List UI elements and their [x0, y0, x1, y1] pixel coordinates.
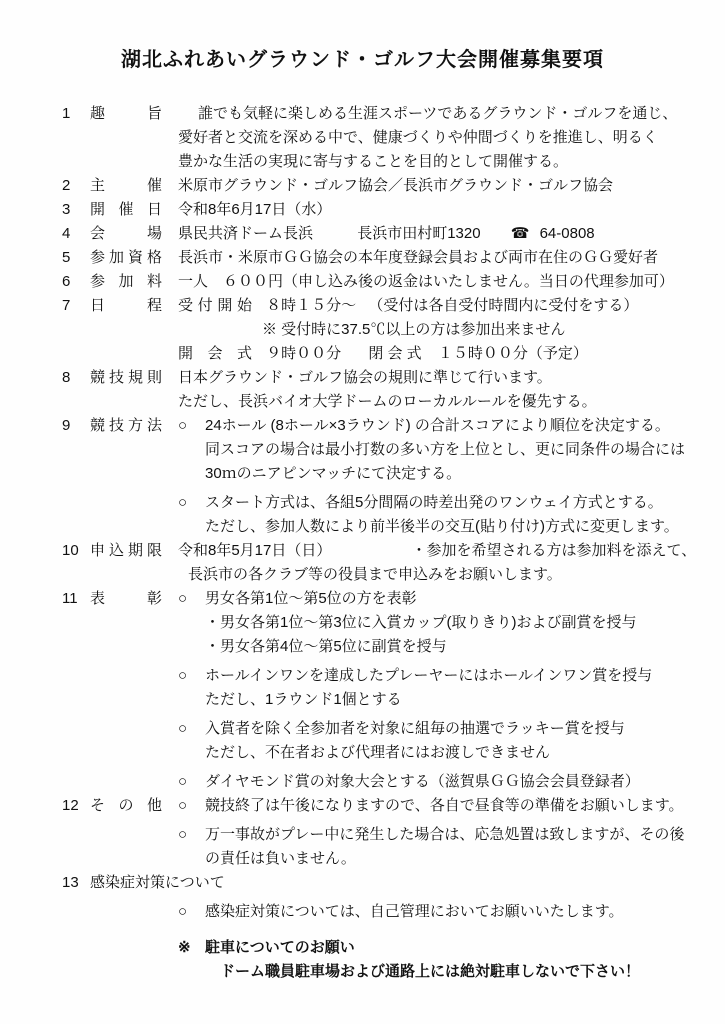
bullet-text: 24ホール (8ホール×3ラウンド) の合計スコアにより順位を決定する。 同スコ… — [205, 414, 701, 486]
reference-mark-icon: ※ — [178, 936, 205, 960]
text-line: ・男女各第1位～第3位に入賞カップ(取りきり)および副賞を授与 — [205, 611, 701, 635]
item-13-infection-control: 13 感染症対策について — [62, 871, 701, 895]
reception-note: （受付は各自受付時間内に受付をする） — [368, 297, 638, 314]
item-13-content: ○ 感染症対策については、自己管理においてお願いいたします。 — [178, 900, 701, 924]
closing-label: 閉 会 式 — [368, 345, 421, 362]
bullet-text: 感染症対策については、自己管理においてお願いいたします。 — [205, 900, 701, 924]
text-line: 24ホール (8ホール×3ラウンド) の合計スコアにより順位を決定する。 — [205, 414, 701, 438]
bullet-item: ○ ダイヤモンド賞の対象大会とする（滋賀県ＧＧ協会会員登録者） — [178, 770, 701, 794]
item-5-eligibility: 5 参加資格 長浜市・米原市ＧＧ協会の本年度登録会員および両市在住のＧＧ愛好者 — [62, 246, 701, 270]
page-title: 湖北ふれあいグラウンド・ゴルフ大会開催募集要項 — [0, 46, 725, 74]
item-number: 5 — [62, 246, 90, 270]
item-label: 申込期限 — [90, 539, 162, 563]
text-line: 豊かな生活の実現に寄与することを目的として開催する。 — [178, 150, 701, 174]
text-line: 男女各第1位～第5位の方を表彰 — [205, 587, 701, 611]
item-content: ○ 競技終了は午後になりますので、各自で昼食等の準備をお願いします。 ○ 万一事… — [178, 794, 701, 871]
item-label: 会場 — [90, 222, 162, 246]
item-number: 12 — [62, 794, 90, 818]
circle-bullet-icon: ○ — [178, 794, 205, 818]
item-label: 感染症対策について — [90, 871, 225, 895]
venue-address: 長浜市田村町1320 — [357, 225, 480, 242]
text-line: 30ｍのニアピンマッチにて決定する。 — [205, 462, 701, 486]
item-content: 県民共済ドーム長浜 長浜市田村町1320 ☎ 64-0808 — [178, 222, 701, 246]
item-number: 10 — [62, 539, 90, 563]
item-number: 1 — [62, 102, 90, 126]
item-content: ○ 24ホール (8ホール×3ラウンド) の合計スコアにより順位を決定する。 同… — [178, 414, 701, 539]
text-line: ただし、不在者および代理者にはお渡しできません — [205, 741, 701, 765]
item-number: 2 — [62, 174, 90, 198]
item-label: 開催日 — [90, 198, 162, 222]
circle-bullet-icon: ○ — [178, 717, 205, 765]
parking-message: ドーム職員駐車場および通路上には絶対駐車しないで下さい！ — [178, 960, 701, 984]
item-label: 表彰 — [90, 587, 162, 611]
parking-notice: ※ 駐車についてのお願い ドーム職員駐車場および通路上には絶対駐車しないで下さい… — [178, 936, 701, 984]
bullet-text: 万一事故がプレー中に発生した場合は、応急処置は致しますが、その後 の責任は負いま… — [205, 823, 701, 871]
text-line: 競技終了は午後になりますので、各自で昼食等の準備をお願いします。 — [205, 794, 701, 818]
text-line: ・男女各第4位～第5位に副賞を授与 — [205, 635, 701, 659]
text-line: 誰でも気軽に楽しめる生涯スポーツであるグラウンド・ゴルフを通じ、 — [178, 102, 701, 126]
document-page: 湖北ふれあいグラウンド・ゴルフ大会開催募集要項 1 趣旨 誰でも気軽に楽しめる生… — [0, 0, 725, 1024]
circle-bullet-icon: ○ — [178, 900, 205, 924]
text-line: 万一事故がプレー中に発生した場合は、応急処置は致しますが、その後 — [205, 823, 701, 847]
text-line: 感染症対策については、自己管理においてお願いいたします。 — [205, 900, 701, 924]
bullet-item: ○ 入賞者を除く全参加者を対象に組毎の抽選でラッキー賞を授与 ただし、不在者およ… — [178, 717, 701, 765]
item-number: 8 — [62, 366, 90, 390]
item-12-other: 12 その他 ○ 競技終了は午後になりますので、各自で昼食等の準備をお願いします… — [62, 794, 701, 871]
item-label: 主催 — [90, 174, 162, 198]
item-label: 競技規則 — [90, 366, 162, 390]
bullet-item: ○ ホールインワンを達成したプレーヤーにはホールインワン賞を授与 ただし、1ラウ… — [178, 664, 701, 712]
circle-bullet-icon: ○ — [178, 587, 205, 659]
text-line: の責任は負いません。 — [205, 847, 701, 871]
item-3-event-date: 3 開催日 令和8年6月17日（水） — [62, 198, 701, 222]
item-label: 競技方法 — [90, 414, 162, 438]
venue-name: 県民共済ドーム長浜 — [178, 225, 313, 242]
item-label: その他 — [90, 794, 162, 818]
text-line: 日本グラウンド・ゴルフ協会の規則に準じて行います。 — [178, 366, 701, 390]
bullet-item: ○ 男女各第1位～第5位の方を表彰 ・男女各第1位～第3位に入賞カップ(取りきり… — [178, 587, 701, 659]
bullet-item: ○ スタート方式は、各組5分間隔の時差出発のワンウェイ方式とする。 ただし、参加… — [178, 491, 701, 539]
item-2-organizer: 2 主催 米原市グラウンド・ゴルフ協会／長浜市グラウンド・ゴルフ協会 — [62, 174, 701, 198]
bullet-text: 競技終了は午後になりますので、各自で昼食等の準備をお願いします。 — [205, 794, 701, 818]
text-line: 令和8年6月17日（水） — [178, 198, 701, 222]
bullet-text: 入賞者を除く全参加者を対象に組毎の抽選でラッキー賞を授与 ただし、不在者および代… — [205, 717, 701, 765]
item-11-awards: 11 表彰 ○ 男女各第1位～第5位の方を表彰 ・男女各第1位～第3位に入賞カッ… — [62, 587, 701, 794]
text-line: ホールインワンを達成したプレーヤーにはホールインワン賞を授与 — [205, 664, 701, 688]
bullet-item: ○ 競技終了は午後になりますので、各自で昼食等の準備をお願いします。 — [178, 794, 701, 818]
item-content: 誰でも気軽に楽しめる生涯スポーツであるグラウンド・ゴルフを通じ、 愛好者と交流を… — [178, 102, 701, 174]
opening-label: 開会式 — [178, 342, 252, 366]
item-4-venue: 4 会場 県民共済ドーム長浜 長浜市田村町1320 ☎ 64-0808 — [62, 222, 701, 246]
text-line: 入賞者を除く全参加者を対象に組毎の抽選でラッキー賞を授与 — [205, 717, 701, 741]
circle-bullet-icon: ○ — [178, 770, 205, 794]
item-7-schedule: 7 日程 受付開始 ８時１５分～ （受付は各自受付時間内に受付をする） ※ 受付… — [62, 294, 701, 366]
text-line: ただし、長浜バイオ大学ドームのローカルルールを優先する。 — [178, 390, 701, 414]
text-line: ダイヤモンド賞の対象大会とする（滋賀県ＧＧ協会会員登録者） — [205, 770, 701, 794]
document-body: 1 趣旨 誰でも気軽に楽しめる生涯スポーツであるグラウンド・ゴルフを通じ、 愛好… — [0, 102, 725, 984]
reception-line: 受付開始 ８時１５分～ （受付は各自受付時間内に受付をする） — [178, 294, 701, 318]
application-note: ・参加を希望される方は参加料を添えて、 — [412, 542, 697, 559]
item-content: 日本グラウンド・ゴルフ協会の規則に準じて行います。 ただし、長浜バイオ大学ドーム… — [178, 366, 701, 414]
item-label: 趣旨 — [90, 102, 162, 126]
item-content: ○ 男女各第1位～第5位の方を表彰 ・男女各第1位～第3位に入賞カップ(取りきり… — [178, 587, 701, 794]
bullet-item: ○ 24ホール (8ホール×3ラウンド) の合計スコアにより順位を決定する。 同… — [178, 414, 701, 486]
text-line: ただし、1ラウンド1個とする — [205, 688, 701, 712]
phone-number: 64-0808 — [540, 225, 595, 242]
circle-bullet-icon: ○ — [178, 491, 205, 539]
item-6-fee: 6 参加料 一人 ６００円（申し込み後の返金はいたしません。当日の代理参加可） — [62, 270, 701, 294]
item-number: 7 — [62, 294, 90, 318]
deadline-line: 令和8年5月17日（日） ・参加を希望される方は参加料を添えて、 — [178, 539, 701, 563]
item-label: 参加資格 — [90, 246, 162, 270]
item-9-method: 9 競技方法 ○ 24ホール (8ホール×3ラウンド) の合計スコアにより順位を… — [62, 414, 701, 539]
item-10-deadline: 10 申込期限 令和8年5月17日（日） ・参加を希望される方は参加料を添えて、… — [62, 539, 701, 587]
item-1-purpose: 1 趣旨 誰でも気軽に楽しめる生涯スポーツであるグラウンド・ゴルフを通じ、 愛好… — [62, 102, 701, 174]
item-content: 受付開始 ８時１５分～ （受付は各自受付時間内に受付をする） ※ 受付時に37.… — [178, 294, 701, 366]
parking-heading: 駐車についてのお願い — [205, 936, 355, 960]
item-number: 6 — [62, 270, 90, 294]
item-number: 9 — [62, 414, 90, 438]
text-line: 長浜市・米原市ＧＧ協会の本年度登録会員および両市在住のＧＧ愛好者 — [178, 246, 701, 270]
text-line: ただし、参加人数により前半後半の交互(貼り付け)方式に変更します。 — [205, 515, 701, 539]
bullet-item: ○ 万一事故がプレー中に発生した場合は、応急処置は致しますが、その後 の責任は負… — [178, 823, 701, 871]
temperature-note: ※ 受付時に37.5℃以上の方は参加出来ません — [178, 318, 701, 342]
venue-line: 県民共済ドーム長浜 長浜市田村町1320 ☎ 64-0808 — [178, 222, 701, 246]
item-number: 13 — [62, 871, 90, 895]
text-line: スタート方式は、各組5分間隔の時差出発のワンウェイ方式とする。 — [205, 491, 701, 515]
item-number: 11 — [62, 587, 90, 611]
item-8-rules: 8 競技規則 日本グラウンド・ゴルフ協会の規則に準じて行います。 ただし、長浜バ… — [62, 366, 701, 414]
item-number: 3 — [62, 198, 90, 222]
text-line: 愛好者と交流を深める中で、健康づくりや仲間づくりを推進し、明るく — [178, 126, 701, 150]
ceremony-line: 開会式 ９時００分 閉 会 式 １５時００分（予定） — [178, 342, 701, 366]
bullet-item: ○ 感染症対策については、自己管理においてお願いいたします。 — [178, 900, 701, 924]
text-line: 同スコアの場合は最小打数の多い方を上位とし、更に同条件の場合には — [205, 438, 701, 462]
closing-time: １５時００分（予定） — [438, 345, 588, 362]
bullet-text: ホールインワンを達成したプレーヤーにはホールインワン賞を授与 ただし、1ラウンド… — [205, 664, 701, 712]
bullet-text: 男女各第1位～第5位の方を表彰 ・男女各第1位～第3位に入賞カップ(取りきり)お… — [205, 587, 701, 659]
item-content: 長浜市・米原市ＧＧ協会の本年度登録会員および両市在住のＧＧ愛好者 — [178, 246, 701, 270]
item-label: 参加料 — [90, 270, 162, 294]
item-content: 令和8年6月17日（水） — [178, 198, 701, 222]
circle-bullet-icon: ○ — [178, 823, 205, 871]
item-content: 米原市グラウンド・ゴルフ協会／長浜市グラウンド・ゴルフ協会 — [178, 174, 701, 198]
text-line: 米原市グラウンド・ゴルフ協会／長浜市グラウンド・ゴルフ協会 — [178, 174, 701, 198]
item-content: 令和8年5月17日（日） ・参加を希望される方は参加料を添えて、 長浜市の各クラ… — [178, 539, 701, 587]
bullet-text: スタート方式は、各組5分間隔の時差出発のワンウェイ方式とする。 ただし、参加人数… — [205, 491, 701, 539]
reception-time: ８時１５分～ — [266, 294, 364, 318]
circle-bullet-icon: ○ — [178, 664, 205, 712]
venue-phone: ☎ 64-0808 — [511, 225, 595, 242]
item-label: 日程 — [90, 294, 162, 318]
item-number: 4 — [62, 222, 90, 246]
parking-heading-line: ※ 駐車についてのお願い — [178, 936, 701, 960]
deadline-date: 令和8年5月17日（日） — [178, 542, 331, 559]
phone-icon: ☎ — [511, 225, 530, 242]
bullet-text: ダイヤモンド賞の対象大会とする（滋賀県ＧＧ協会会員登録者） — [205, 770, 701, 794]
reception-label: 受付開始 — [178, 294, 252, 318]
application-note-2: 長浜市の各クラブ等の役員まで申込みをお願いします。 — [178, 563, 701, 587]
item-content: 一人 ６００円（申し込み後の返金はいたしません。当日の代理参加可） — [178, 270, 701, 294]
text-line: 一人 ６００円（申し込み後の返金はいたしません。当日の代理参加可） — [178, 270, 701, 294]
circle-bullet-icon: ○ — [178, 414, 205, 486]
opening-time: ９時００分 — [266, 342, 364, 366]
